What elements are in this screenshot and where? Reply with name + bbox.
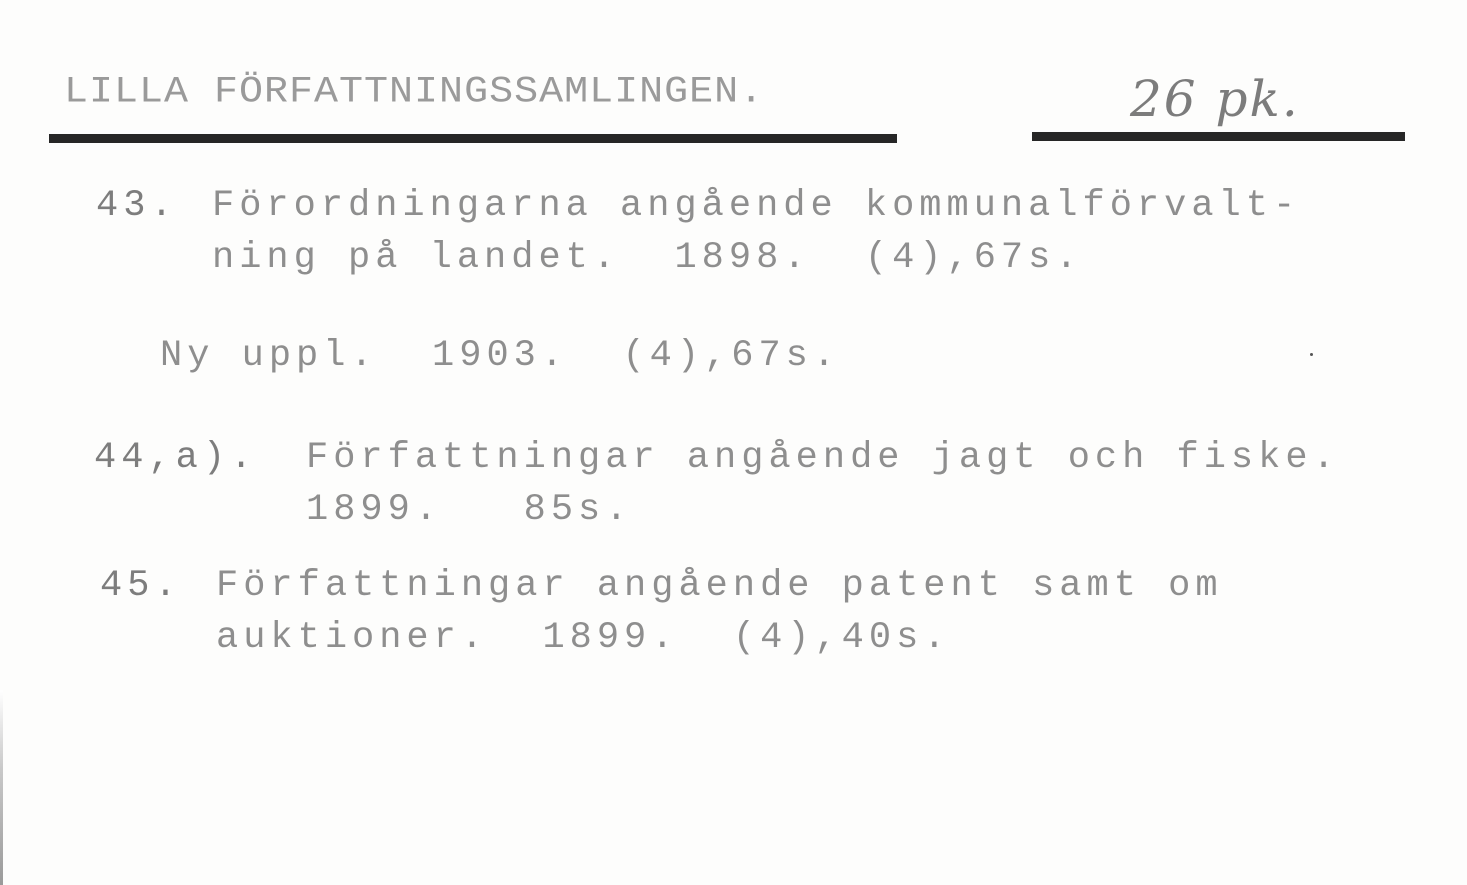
shelfmark-underline [1032, 132, 1405, 141]
entry-text-line: Förordningarna angående kommunalförvalt- [212, 180, 1300, 232]
card-title: LILLA FÖRFATTNINGSSAMLINGEN. [64, 72, 764, 113]
catalog-card: LILLA FÖRFATTNINGSSAMLINGEN. 26 pk. 43. … [0, 0, 1467, 885]
entry-number: 43. [96, 180, 178, 232]
entry-number: 45. [100, 560, 182, 612]
paper-speck [1310, 353, 1313, 356]
entry-text-line: ning på landet. 1898. (4),67s. [212, 232, 1083, 284]
edition-note: Ny uppl. 1903. (4),67s. [160, 330, 840, 382]
card-edge-shadow [0, 690, 3, 885]
entry-text-line: Författningar angående jagt och fiske. [306, 432, 1340, 484]
entry-text-line: Författningar angående patent samt om [216, 560, 1223, 612]
title-underline [49, 134, 897, 143]
handwritten-shelfmark: 26 pk. [1130, 70, 1300, 128]
entry-number: 44,a). [94, 432, 257, 484]
entry-text-line: auktioner. 1899. (4),40s. [216, 612, 951, 664]
entry-text-line: 1899. 85s. [306, 484, 632, 536]
